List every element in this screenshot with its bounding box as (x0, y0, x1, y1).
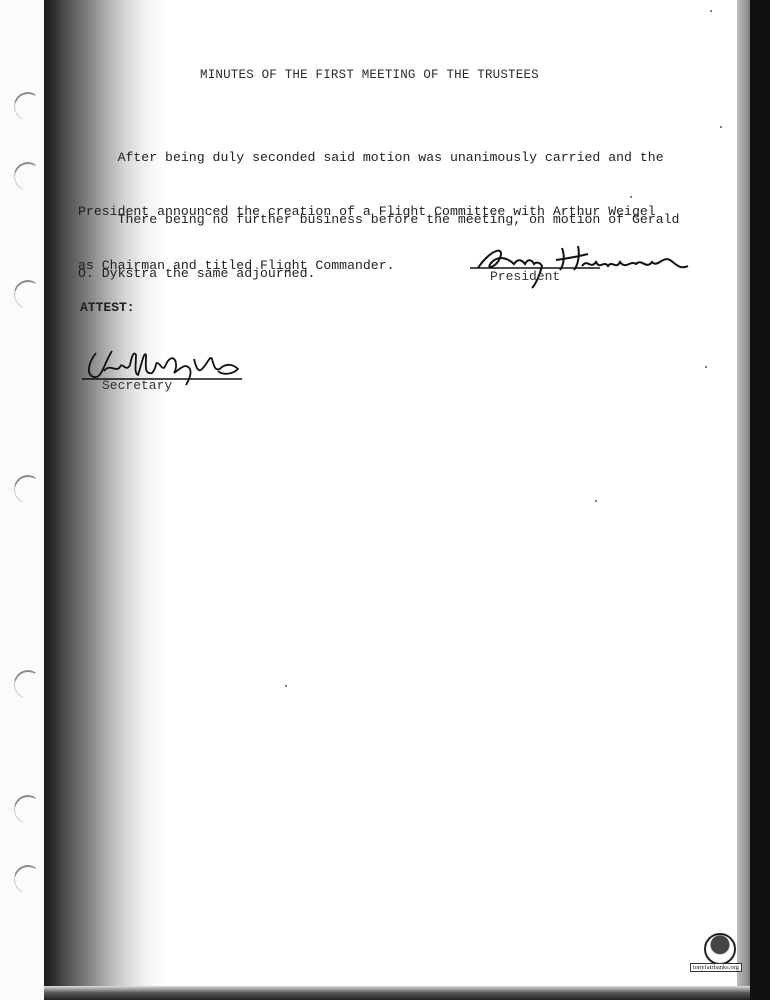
document-title: MINUTES OF THE FIRST MEETING OF THE TRUS… (200, 68, 539, 82)
secretary-label: Secretary (102, 378, 172, 393)
scan-speck (630, 196, 632, 198)
attest-label: ATTEST: (80, 300, 135, 315)
watermark-text: tonyfairbanks.org (690, 963, 742, 972)
president-label: President (490, 269, 560, 284)
paragraph-line: After being duly seconded said motion wa… (78, 149, 664, 167)
balloon-icon (704, 933, 736, 965)
page-bottom-edge (44, 986, 750, 1000)
scan-speck (720, 126, 722, 128)
paragraph-line: There being no further business before t… (78, 211, 679, 229)
scan-speck (595, 500, 597, 502)
page-edge (737, 0, 751, 1000)
scan-border (750, 0, 770, 1000)
scan-speck (710, 10, 712, 12)
scan-speck (705, 366, 707, 368)
watermark-logo: tonyfairbanks.org (690, 933, 740, 985)
scan-speck (285, 685, 287, 687)
